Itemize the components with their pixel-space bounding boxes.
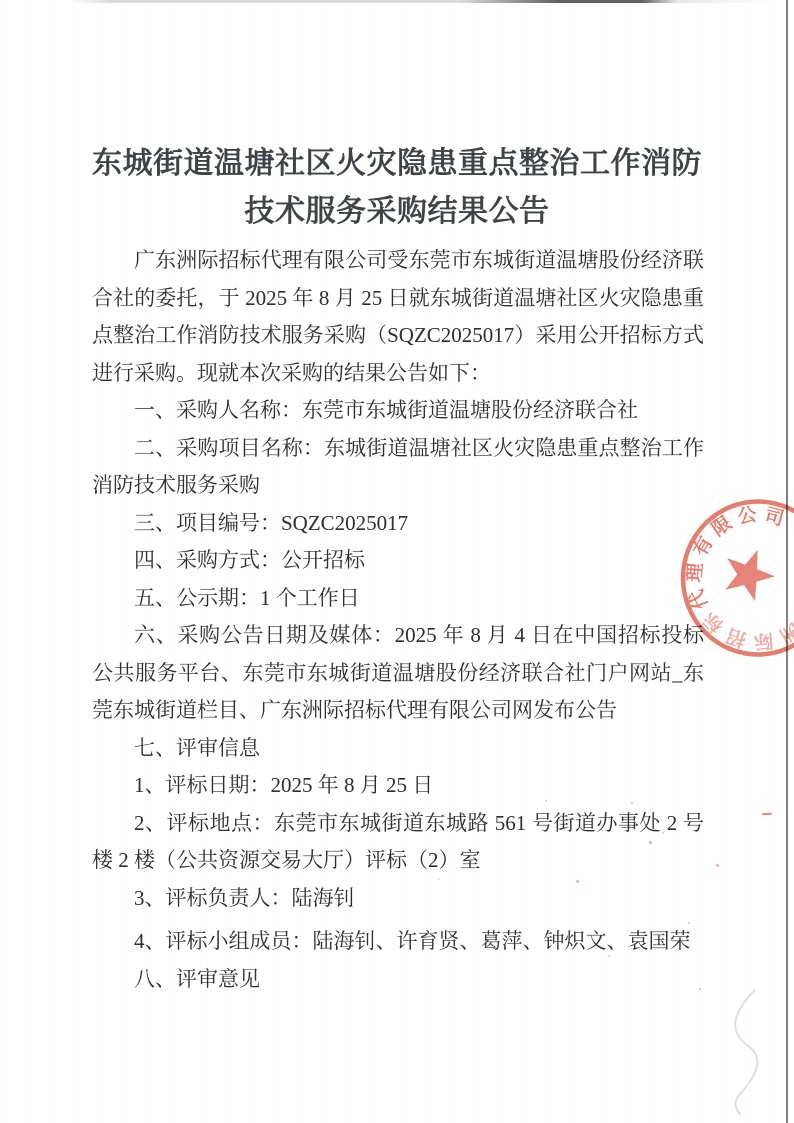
- body-paragraph: 3、评标负责人：陆海钊: [92, 880, 704, 918]
- company-seal-stamp: 广东洲际招标代理有限公司: [638, 458, 794, 698]
- ink-speck: [716, 864, 719, 867]
- title-line-1: 东城街道温塘社区火灾隐患重点整治工作消防: [0, 140, 794, 188]
- seal-character: 洲: [776, 618, 794, 647]
- body-paragraph: 五、公示期：1 个工作日: [92, 580, 704, 618]
- body-paragraph: 三、项目编号：SQZC2025017: [92, 505, 704, 543]
- body-paragraph: 一、采购人名称：东莞市东城街道温塘股份经济联合社: [92, 392, 704, 430]
- seal-character: 司: [762, 504, 786, 530]
- body-paragraph: 广东洲际招标代理有限公司受东莞市东城街道温塘股份经济联合社的委托，于 2025 …: [92, 242, 704, 392]
- document-title: 东城街道温塘社区火灾隐患重点整治工作消防 技术服务采购结果公告: [0, 140, 794, 236]
- seal-character: 标: [698, 607, 729, 638]
- title-line-2: 技术服务采购结果公告: [0, 188, 794, 236]
- body-paragraph: 2、评标地点：东莞市东城街道东城路 561 号街道办事处 2 号楼 2 楼（公共…: [92, 805, 704, 880]
- scan-artifact-top-edge: [70, 0, 776, 3]
- document-body: 广东洲际招标代理有限公司受东莞市东城街道温塘股份经济联合社的委托，于 2025 …: [92, 242, 704, 998]
- body-paragraph: 1、评标日期：2025 年 8 月 25 日: [92, 767, 704, 805]
- body-paragraph: 四、采购方式：公开招标: [92, 542, 704, 580]
- body-paragraph: 二、采购项目名称：东城街道温塘社区火灾隐患重点整治工作消防技术服务采购: [92, 430, 704, 505]
- body-paragraph: 4、评标小组成员：陆海钊、许育贤、葛萍、钟炽文、袁国荣: [92, 923, 704, 961]
- star-icon: [725, 550, 775, 601]
- ink-speck: [762, 813, 772, 816]
- body-paragraph: 七、评审信息: [92, 730, 704, 768]
- seal-character: 理: [683, 561, 707, 583]
- scanned-document-page: 东城街道温塘社区火灾隐患重点整治工作消防 技术服务采购结果公告 广东洲际招标代理…: [0, 0, 794, 1123]
- seal-character: 际: [752, 629, 774, 653]
- paper-crease-mark: [660, 980, 790, 1120]
- body-paragraph: 八、评审意见: [92, 961, 704, 999]
- body-paragraph: 六、采购公告日期及媒体：2025 年 8 月 4 日在中国招标投标公共服务平台、…: [92, 617, 704, 730]
- seal-character: 公: [736, 503, 760, 528]
